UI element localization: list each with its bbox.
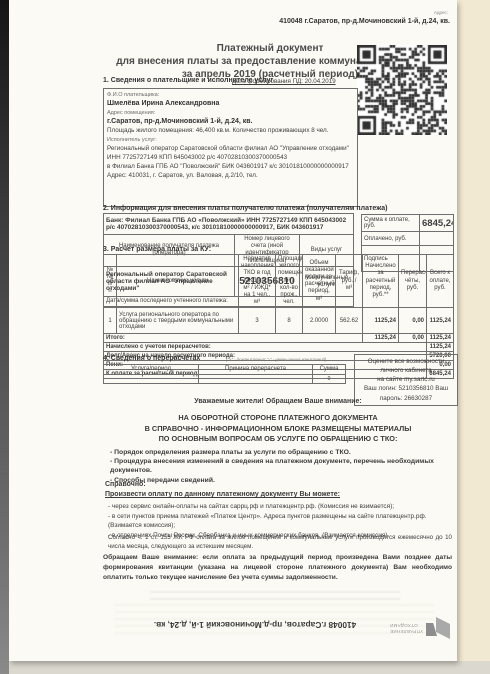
itogo-total: 1125,24: [427, 334, 454, 343]
waste-logo-text: УПРАВЛЕНИЕ ОТХОДАМИ: [390, 622, 423, 634]
recalc-note: ("+" - доначисления; "-" - уменьшения на…: [226, 357, 326, 362]
area-line: Площадь жилого помещения: 46,400 кв.м. К…: [107, 126, 354, 135]
sum-value: 6845,24: [420, 215, 454, 232]
itogo-recalc: 0,00: [399, 334, 427, 343]
payment-options-heading: Произвести оплату по данному платежному …: [105, 491, 340, 498]
reverse-line-3: ПО ОСНОВНЫМ ВОПРОСАМ ОБ УСЛУГЕ ПО ОБРАЩЕ…: [103, 434, 453, 445]
provider-bank: в Филиал Банка ГПБ АО "Поволжский" БИК 0…: [107, 162, 354, 171]
bullet-2: - Процедура внесения изменений в сведени…: [110, 457, 455, 475]
col-total: Всего к оплате, руб.: [427, 255, 454, 308]
col-volume: Объем оказанной услуги за расчетный пери…: [303, 255, 336, 308]
itogo-accrued: 1125,24: [363, 334, 399, 343]
payer-label: Ф.И.О плательщика:: [107, 91, 354, 99]
payment-option-2: - в сети пунктов приема платежей «Платеж…: [108, 512, 452, 531]
col-tariff: Тариф, руб. / м³: [336, 255, 363, 308]
pd-date: Дата формирования ПД: 20.04.2019: [232, 78, 336, 87]
premise-address: г.Саратов, пр-д.Мочиновский 1-й, д.24, к…: [107, 117, 354, 126]
col-recalc: Перерас-чёты, руб.: [399, 255, 427, 308]
mailing-address: 410048 г.Саратов, пр-д.Мочиновский 1-й, …: [279, 17, 450, 26]
waste-logo-arrow-icon: [426, 617, 450, 639]
payment-option-1: - через сервис онлайн-оплаты на сайтах с…: [108, 502, 452, 512]
bank-line-2: р/с 40702810300370000543, к/с 3010181000…: [106, 224, 351, 231]
row-norm: 3: [239, 308, 276, 334]
sum-label: Сумма к оплате, руб.: [362, 215, 420, 232]
reference-label: Справочно:: [105, 481, 146, 488]
col-accrued: Начислено за расчетный период, руб.**: [363, 255, 399, 308]
recalc-table: Услуга/период Причина перерасчета Сумма …: [103, 364, 346, 384]
recalc-col-service: Услуга/период: [104, 365, 199, 375]
bank-line-1: Банк: Филиал Банка ГПБ АО «Поволжский» И…: [106, 217, 351, 224]
recalc-row-sum: 0: [313, 375, 346, 384]
col-norm: Норматив накопления ТКО в год МКД на 1 м…: [239, 255, 276, 308]
paid-value-empty: [420, 232, 454, 246]
provider-name: Региональный оператор Саратовской област…: [107, 144, 354, 153]
recalc-row-service-empty: [104, 375, 199, 384]
section2-heading: 2. Информация для внесения платы получат…: [103, 205, 387, 212]
row-service: Услуга регионального оператора по обраще…: [117, 308, 239, 334]
premise-label: Адрес помещения:: [107, 109, 354, 117]
provider-address: Адрес: 410031, г. Саратов, ул. Валовая, …: [107, 171, 354, 180]
recalc-col-sum: Сумма: [313, 365, 346, 375]
payer-info-box: Ф.И.О плательщика: Шмелёва Ирина Алексан…: [103, 88, 358, 207]
provider-inn: ИНН 7725727149 КПП 645043002 р/с 4070281…: [107, 153, 354, 162]
scan-backing-right: [456, 0, 490, 674]
bank-cell: Банк: Филиал Банка ГПБ АО «Поволжский» И…: [104, 214, 354, 235]
bullet-3: - Способы передачи сведений.: [110, 476, 455, 485]
provider-label: Исполнитель услуг:: [107, 136, 354, 144]
col-service: Наименование услуги: [117, 255, 239, 308]
recalc-col-reason: Причина перерасчета: [199, 365, 313, 375]
warning-paragraph: Обращаем Ваше внимание: если оплата за п…: [103, 553, 452, 583]
summary-value-accrued: 1125,24: [427, 343, 454, 352]
law-paragraph: Согласно ч. 1 ст. 155 ЖК РФ оплата за жи…: [108, 533, 452, 552]
section3-heading: 3. Расчет размера платы за КУ:: [103, 246, 211, 253]
bullet-1: - Порядок определения размера платы за у…: [110, 448, 455, 457]
itogo-label: Итого:: [104, 334, 363, 343]
payer-name: Шмелёва Ирина Александровна: [107, 99, 354, 108]
reverse-line-1: НА ОБОРОТНОЙ СТОРОНЕ ПЛАТЕЖНОГО ДОКУМЕНТ…: [103, 413, 453, 424]
row-num: 1: [104, 308, 117, 334]
row-tariff: 562.62: [336, 308, 363, 334]
scan-edge-strip: [0, 0, 9, 674]
reverse-side-block: НА ОБОРОТНОЙ СТОРОНЕ ПЛАТЕЖНОГО ДОКУМЕНТ…: [103, 413, 453, 445]
row-volume: 2.0000: [303, 308, 336, 334]
scan-backing-bottom: [0, 661, 490, 674]
row-area: 8: [276, 308, 303, 334]
row-total: 1125,24: [427, 308, 454, 334]
footer-return-address: 410048 г.Саратов, пр-д.Мочиновский 1-й, …: [115, 620, 395, 630]
logo-line-1: УПРАВЛЕНИЕ: [390, 628, 423, 634]
bullet-list: - Порядок определения размера платы за у…: [110, 448, 455, 485]
section4-heading: 4. Сведения о перерасчетах: [103, 355, 200, 362]
attention-line: Уважаемые жители! Обращаем Ваше внимание…: [103, 398, 453, 405]
row-recalc: 0,00: [399, 308, 427, 334]
col-area: Площадь жилого помещения, м² / кол-во пр…: [276, 255, 303, 308]
lk-line-2: на сайте my.sartc.ru: [356, 375, 456, 384]
summary-label-accrued: Начислено с учетом перерасчетов:: [104, 343, 427, 352]
paid-label: Оплачено, руб.: [362, 232, 420, 246]
col-num: №№ п/п: [104, 255, 117, 308]
waste-management-logo: УПРАВЛЕНИЕ ОТХОДАМИ: [388, 610, 450, 646]
recalc-row-reason-empty: [199, 375, 313, 384]
qr-code: [357, 45, 447, 135]
reverse-line-2: В СПРАВОЧНО - ИНФОРМАЦИОННОМ БЛОКЕ РАЗМЕ…: [103, 424, 453, 435]
scanned-payment-document: Адрес: 410048 г.Саратов, пр-д.Мочиновски…: [0, 0, 490, 674]
address-caption: Адрес:: [434, 10, 448, 15]
row-accrued: 1125,24: [363, 308, 399, 334]
lk-line-1: Оцените все возможности личного кабинета: [356, 357, 456, 375]
show-through-artifact: [150, 588, 400, 600]
